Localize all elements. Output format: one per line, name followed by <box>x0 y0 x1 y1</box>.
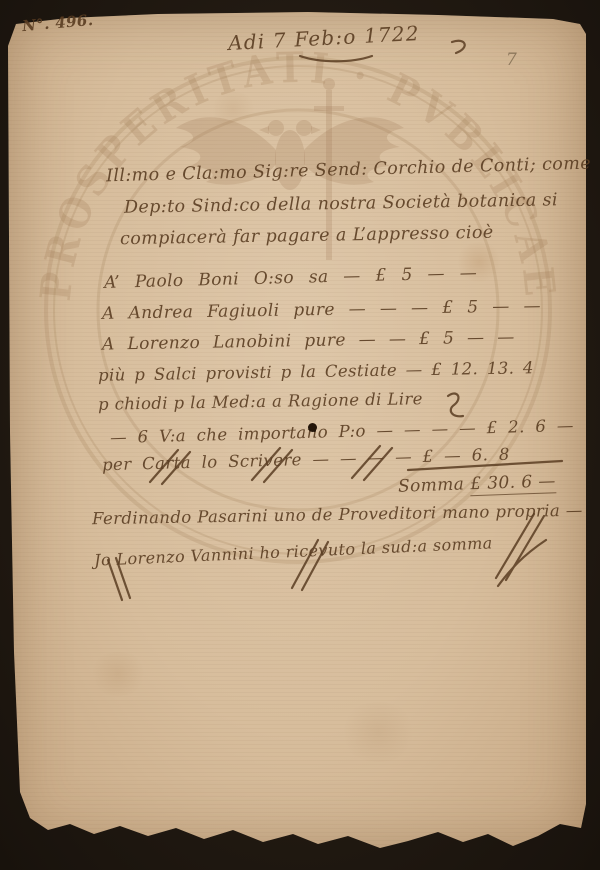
watermark-motto: PROSPERITATI · PVBLICAE <box>31 43 565 303</box>
paper-stain <box>338 702 418 762</box>
paper-stain <box>456 242 502 282</box>
photo-backdrop: PROSPERITATI · PVBLICAE N°. 496. Adi 7 F… <box>0 0 600 870</box>
manuscript-paper: PROSPERITATI · PVBLICAE <box>8 12 586 848</box>
paper-stain <box>208 92 258 126</box>
paper-stain <box>88 652 148 696</box>
double-eagle-watermark-icon <box>176 78 404 260</box>
watermark-seal: PROSPERITATI · PVBLICAE <box>8 12 586 848</box>
